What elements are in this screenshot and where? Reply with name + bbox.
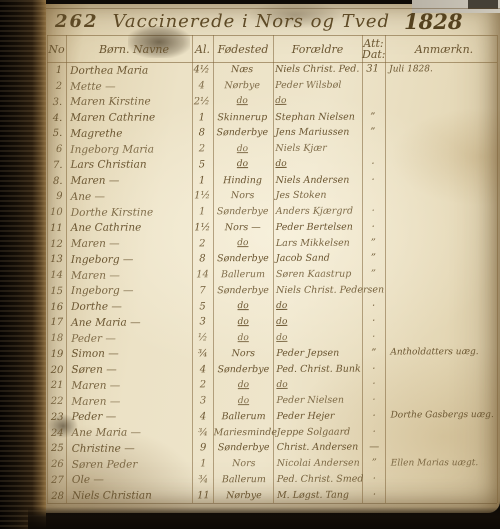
entry-parents: Lars Mikkelsen <box>273 237 362 248</box>
entry-child-name: Ingeborg — <box>66 285 192 298</box>
book-bottom-edge <box>28 507 500 529</box>
entry-parents: Peder Wilsbøl <box>272 80 361 91</box>
entry-attest-date: · <box>362 332 385 343</box>
table-row: 24 Ane Maria — ¾ Mariesminde Jeppe Solga… <box>48 423 498 441</box>
entry-age: 14 <box>192 269 213 280</box>
entry-number: 28 <box>48 491 67 502</box>
entry-parents: do <box>273 332 362 342</box>
entry-birthplace: Sønderbye <box>213 206 273 217</box>
entry-attest-date: ” <box>361 127 384 138</box>
table-row: 12 Maren — 2 do Lars Mikkelsen ” <box>47 234 497 252</box>
entry-parents: Christ. Andersen <box>274 442 363 453</box>
entry-parents: Peder Jepsen <box>273 347 362 358</box>
entry-number: 8. <box>47 176 66 187</box>
entry-attest-date: 31 <box>361 64 384 75</box>
entry-child-name: Mette — <box>65 80 191 93</box>
entry-parents: do <box>273 301 362 311</box>
entry-parents: Ped. Christ. Smed <box>274 473 363 484</box>
entry-parents: M. Løgst. Tang <box>274 489 363 500</box>
header-remarks: Anmærkn. <box>385 43 497 56</box>
table-row: 3. Maren Kirstine 2½ do do <box>46 93 496 111</box>
entry-attest-date: · <box>362 379 385 390</box>
entry-parents: Niels Kjær <box>272 143 361 154</box>
entry-age: 3 <box>192 395 213 406</box>
entry-age: ¾ <box>193 427 214 438</box>
entry-child-name: Lars Christian <box>65 159 191 172</box>
entry-number: 3. <box>46 97 65 108</box>
entry-number: 4. <box>46 113 65 124</box>
entry-birthplace: Skinnerup <box>212 112 272 123</box>
entry-parents: Jacob Sand <box>273 253 362 264</box>
entry-birthplace: Nørbye <box>214 490 274 501</box>
entry-parents: Niels Andersen <box>273 174 362 185</box>
entry-birthplace: Sønderbye <box>213 364 273 375</box>
entry-age: 4 <box>191 80 212 91</box>
entry-birthplace: do <box>212 159 272 169</box>
entry-child-name: Maren — <box>66 237 192 250</box>
entry-attest-date: · <box>363 489 386 500</box>
entry-attest-date: · <box>361 158 384 169</box>
entry-attest-date: — <box>363 442 386 453</box>
header-attest-date: Att: Dat: <box>362 38 385 60</box>
title-row: 262 Vaccinerede i Nors og Tved 1828 <box>47 8 497 35</box>
entry-age: ¾ <box>193 474 214 485</box>
header-parents: Forældre <box>273 43 362 56</box>
entry-birthplace: Ballerum <box>214 411 274 422</box>
entry-birthplace: Sønderbye <box>214 442 274 453</box>
entry-age: 1 <box>192 206 213 217</box>
entry-parents: Peder Nielsen <box>273 395 362 406</box>
entry-number: 21 <box>47 380 66 391</box>
entry-child-name: Maren — <box>66 174 192 187</box>
entry-birthplace: Nørbye <box>212 80 272 91</box>
entry-attest-date: · <box>362 395 385 406</box>
header-attest-line2: Dat: <box>362 48 386 61</box>
entry-age: 9 <box>193 443 214 454</box>
entry-birthplace: Ballerum <box>213 269 273 280</box>
entry-child-name: Magrethe <box>65 127 191 140</box>
entry-birthplace: Nors <box>213 190 273 201</box>
entry-attest-date: ” <box>362 347 385 358</box>
entry-age: 2½ <box>191 96 212 107</box>
entry-child-name: Maren — <box>66 269 192 282</box>
entry-child-name: Dorthe Kirstine <box>66 206 192 219</box>
entry-age: 8 <box>192 254 213 265</box>
entry-attest-date: ” <box>363 458 386 469</box>
table-row: 10 Dorthe Kirstine 1 Sønderbye Anders Kj… <box>47 203 497 221</box>
entry-number: 13 <box>47 254 66 265</box>
entry-number: 2 <box>46 81 65 92</box>
entry-birthplace: do <box>213 333 273 343</box>
entry-attest-date: ” <box>361 111 384 122</box>
table-row: 28 Niels Christian 11 Nørbye M. Løgst. T… <box>48 486 498 504</box>
entry-birthplace: Hinding <box>213 175 273 186</box>
entry-number: 6 <box>46 144 65 155</box>
entry-birthplace: Ballerum <box>214 474 274 485</box>
entry-child-name: Ingeborg Maria <box>65 143 191 156</box>
entry-age: ¾ <box>192 348 213 359</box>
entry-child-name: Ole — <box>67 474 193 487</box>
table-row: 22 Maren — 3 do Peder Nielsen · <box>47 392 497 410</box>
entry-child-name: Søren — <box>66 363 192 376</box>
entry-number: 24 <box>48 428 67 439</box>
entry-parents: do <box>273 316 362 326</box>
table-rows: 1 Dorthea Maria 4½ Næs Niels Christ. Ped… <box>46 61 498 504</box>
entry-child-name: Søren Peder <box>67 458 193 471</box>
entry-number: 22 <box>47 396 66 407</box>
entry-birthplace: Sønderbye <box>213 253 273 264</box>
entry-child-name: Christine — <box>67 442 193 455</box>
entry-age: 5 <box>191 159 212 170</box>
entry-parents: Jes Stoken <box>273 190 362 201</box>
entry-birthplace: do <box>213 238 273 248</box>
entry-remarks: Juli 1828. <box>384 64 496 74</box>
header-child-name: Børn. Navne <box>66 43 192 56</box>
entry-birthplace: do <box>213 380 273 390</box>
table-row: 15 Ingeborg — 7 Sønderbye Niels Christ. … <box>47 282 497 300</box>
entry-number: 17 <box>47 317 66 328</box>
entry-age: 4 <box>192 364 213 375</box>
scanned-register-page: 262 Vaccinerede i Nors og Tved 1828 No B… <box>0 0 500 529</box>
entry-birthplace: Mariesminde <box>214 427 274 438</box>
entry-age: 5 <box>192 301 213 312</box>
entry-age: 1½ <box>192 191 213 202</box>
header-no: No <box>47 43 66 56</box>
entry-age: 4½ <box>191 65 212 76</box>
entry-child-name: Maren Kirstine <box>65 96 191 109</box>
entry-child-name: Dorthe — <box>66 300 192 313</box>
entry-attest-date: · <box>362 284 385 295</box>
entry-birthplace: Næs <box>212 64 272 75</box>
entry-number: 15 <box>47 286 66 297</box>
entry-parents: Nicolai Andersen <box>274 458 363 469</box>
entry-parents: Ped. Christ. Bunk <box>273 363 362 374</box>
entry-age: 1 <box>191 112 212 123</box>
entry-birthplace: Nors <box>214 458 274 469</box>
entry-parents: Niels Christ. Ped. <box>272 64 361 75</box>
entry-child-name: Ane — <box>66 190 192 203</box>
table-row: 18 Peder — ½ do do · <box>47 329 497 347</box>
entry-child-name: Maren — <box>66 379 192 392</box>
entry-parents: Anders Kjærgrd <box>273 206 362 217</box>
entry-birthplace: do <box>213 396 273 406</box>
entry-attest-date: · <box>362 221 385 232</box>
entry-age: 2 <box>191 143 212 154</box>
entry-child-name: Niels Christian <box>67 489 193 502</box>
entry-remarks: Dorthe Gasbergs uæg. <box>386 410 498 420</box>
entry-number: 25 <box>48 443 67 454</box>
entry-attest-date: · <box>363 426 386 437</box>
entry-age: 2 <box>192 380 213 391</box>
entry-number: 5. <box>46 128 65 139</box>
entry-number: 19 <box>47 349 66 360</box>
entry-parents: Jens Mariussen <box>272 127 361 138</box>
entry-attest-date: · <box>362 316 385 327</box>
table-header-row: No Børn. Navne Al. Fødested Forældre Att… <box>47 36 497 62</box>
entry-number: 1 <box>46 65 65 76</box>
entry-number: 18 <box>47 333 66 344</box>
entry-birthplace: Sønderbye <box>212 127 272 138</box>
entry-attest-date: · <box>362 363 385 374</box>
entry-remarks: Ellen Marias uægt. <box>386 458 498 468</box>
entry-number: 20 <box>47 365 66 376</box>
entry-child-name: Maren — <box>66 395 192 408</box>
entry-number: 9 <box>47 191 66 202</box>
entry-attest-date: ” <box>362 237 385 248</box>
entry-age: 2 <box>192 238 213 249</box>
entry-parents: Stephan Nielsen <box>272 111 361 122</box>
entry-number: 16 <box>47 302 66 313</box>
entry-child-name: Ingeborg — <box>66 253 192 266</box>
book-binding-edge <box>0 0 46 529</box>
entry-child-name: Ane Cathrine <box>66 222 192 235</box>
entry-attest-date: ” <box>362 269 385 280</box>
entry-birthplace: do <box>213 301 273 311</box>
table-row: 27 Ole — ¾ Ballerum Ped. Christ. Smed · <box>48 471 498 489</box>
entry-child-name: Dorthea Maria <box>65 64 191 77</box>
entry-number: 26 <box>48 459 67 470</box>
entry-age: 3 <box>192 317 213 328</box>
entry-parents: do <box>272 159 361 169</box>
entry-attest-date: · <box>362 300 385 311</box>
table-row: 6 Ingeborg Maria 2 do Niels Kjær <box>46 140 496 158</box>
entry-number: 23 <box>48 412 67 423</box>
page-title: Vaccinerede i Nors og Tved <box>113 11 390 32</box>
entry-child-name: Peder — <box>67 411 193 424</box>
entry-birthplace: Nors <box>213 348 273 359</box>
entry-number: 27 <box>48 475 67 486</box>
entry-parents: do <box>272 96 361 106</box>
entry-number: 12 <box>47 239 66 250</box>
entry-child-name: Peder — <box>66 332 192 345</box>
entry-attest-date: · <box>362 174 385 185</box>
entry-parents: Jeppe Solgaard <box>274 426 363 437</box>
page-number: 262 <box>55 11 99 32</box>
entry-number: 11 <box>47 223 66 234</box>
entry-number: 7. <box>46 160 65 171</box>
entry-birthplace: do <box>212 144 272 154</box>
entry-birthplace: Nors — <box>213 222 273 233</box>
entry-birthplace: Sønderbye <box>213 285 273 296</box>
entry-number: 10 <box>47 207 66 218</box>
entry-age: 1½ <box>192 222 213 233</box>
entry-remarks: Antholdatters uæg. <box>385 347 497 357</box>
entry-birthplace: do <box>213 317 273 327</box>
entry-child-name: Simon — <box>66 348 192 361</box>
entry-age: 11 <box>193 490 214 501</box>
entry-attest-date: · <box>363 410 386 421</box>
title-year: 1828 <box>404 9 462 34</box>
entry-child-name: Maren Cathrine <box>65 111 191 124</box>
entry-age: ½ <box>192 332 213 343</box>
entry-number: 14 <box>47 270 66 281</box>
entry-age: 4 <box>193 411 214 422</box>
entry-attest-date: · <box>363 473 386 484</box>
entry-age: 7 <box>192 285 213 296</box>
entry-age: 1 <box>192 175 213 186</box>
entry-parents: Peder Bertelsen <box>273 221 362 232</box>
header-age: Al. <box>192 43 213 56</box>
entry-parents: Søren Kaastrup <box>273 269 362 280</box>
entry-parents: Niels Christ. Pedersen <box>273 284 362 295</box>
header-birthplace: Fødested <box>213 43 273 56</box>
entry-parents: Peder Hejer <box>274 410 363 421</box>
entry-attest-date: ” <box>362 253 385 264</box>
entry-birthplace: do <box>212 96 272 106</box>
entry-age: 1 <box>193 458 214 469</box>
entry-parents: do <box>273 379 362 389</box>
entry-child-name: Ane Maria — <box>66 316 192 329</box>
entry-child-name: Ane Maria — <box>67 426 193 439</box>
entry-age: 8 <box>191 128 212 139</box>
entry-attest-date: · <box>362 206 385 217</box>
